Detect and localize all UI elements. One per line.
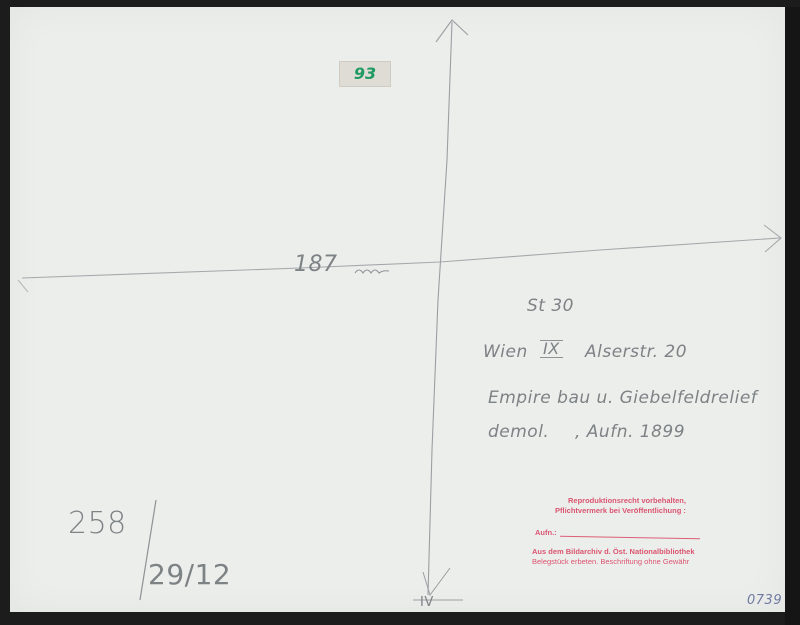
stamp-line-1: Reproduktionsrecht vorbehalten, [568, 496, 686, 505]
horizontal-crop-line [22, 238, 780, 278]
stamp-line-2: Pflichtvermerk bei Veröffentlichung : [555, 506, 686, 515]
annotation-city: Wien [483, 342, 528, 362]
annotation-line-4b: , Aufn. 1899 [575, 422, 685, 442]
stamp-field-label: Aufn.: [535, 528, 557, 537]
bottom-mark: IV [420, 595, 434, 610]
annotation-line-4a: demol. [488, 422, 549, 442]
inventory-bottom: 29/12 [148, 558, 231, 591]
annotation-district: IX [540, 340, 563, 358]
stamp-line-4: Belegstück erbeten. Beschriftung ohne Ge… [532, 557, 689, 566]
measurement-value: 187 mm187 [294, 252, 338, 277]
annotation-line-1: St 30 [527, 296, 574, 316]
left-arrow-icon [18, 280, 28, 292]
vertical-crop-line [428, 22, 452, 595]
stamp-line-3: Aus dem Bildarchiv d. Öst. Nationalbibli… [532, 547, 695, 556]
corner-number: 0739 [747, 593, 782, 608]
mm-squiggle [355, 270, 389, 273]
catalog-number-label: 93 [339, 61, 391, 87]
annotation-street: Alserstr. 20 [585, 342, 687, 362]
inventory-top: 258 [68, 506, 127, 541]
annotation-line-3: Empire bau u. Giebelfeldrelief [488, 388, 757, 408]
